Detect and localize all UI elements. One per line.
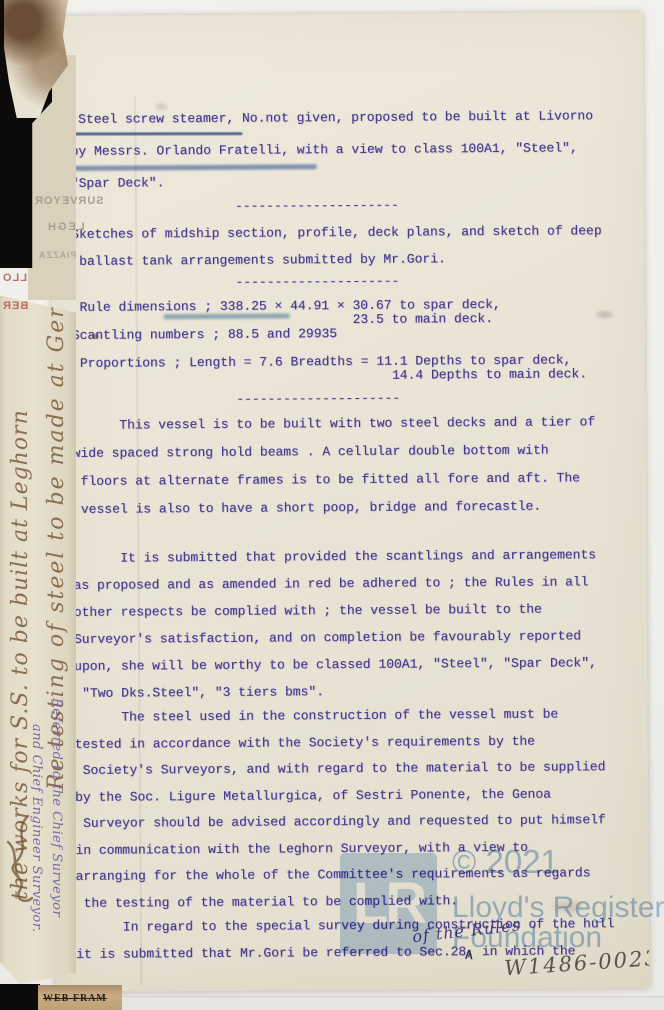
webfram-label: WEB FRAM: [43, 993, 107, 1004]
scanned-document-photo: Steel screw steamer, No.not given, propo…: [0, 0, 664, 1010]
margin-note-referred-chief-surveyor: Referred to the Chief Surveyor: [49, 698, 64, 917]
separator-dashes: ---------------------: [235, 274, 399, 290]
signature-flourish: [2, 812, 36, 908]
document-page: Steel screw steamer, No.not given, propo…: [50, 12, 650, 992]
adjacent-document-strip: WEB FRAM: [38, 985, 122, 1010]
scanner-backing-card: [120, 996, 664, 1010]
watermark-lloyds-register: Lloyd's Register: [452, 891, 664, 925]
lloyds-register-logo: LR: [340, 853, 437, 954]
typewritten-heading-paragraph: Steel screw steamer, No.not given, propo…: [70, 100, 593, 200]
separator-dashes: ---------------------: [236, 391, 400, 407]
black-backing-bottom: [0, 984, 40, 1010]
typewritten-submission-paragraph: It is submitted that provided the scantl…: [73, 541, 597, 707]
folded-flap: Re testing of steel to be made at Genoa …: [0, 292, 76, 984]
mirrored-bleedthrough-piazza: PIAZZA: [38, 250, 77, 260]
mirrored-bleedthrough-legh: LEGH: [46, 221, 85, 233]
typewritten-vessel-paragraph: This vessel is to be built with two stee…: [72, 408, 595, 524]
typewritten-sketches-paragraph: Sketches of midship section, profile, de…: [71, 217, 602, 275]
ink-underline-rule-dimensions: [164, 313, 290, 319]
copyright-watermark: © 2021: [452, 843, 559, 881]
mirrored-red-letterhead-fragment: LLO: [2, 272, 27, 284]
ink-underline-steel-screw-steamer: [72, 132, 242, 135]
smudge-mark: [597, 311, 613, 318]
mirrored-bleedthrough-surveyor: SURVEYOR: [34, 195, 104, 207]
typewritten-dimensions-block: Rule dimensions ; 338.25 × 44.91 × 30.67…: [72, 297, 587, 385]
separator-dashes: ---------------------: [235, 198, 399, 214]
stain-mark: [155, 103, 167, 110]
ink-spot: [92, 334, 99, 339]
watermark-foundation: Foundation: [452, 921, 602, 955]
mirrored-red-letterhead-fragment: BER: [2, 300, 28, 312]
